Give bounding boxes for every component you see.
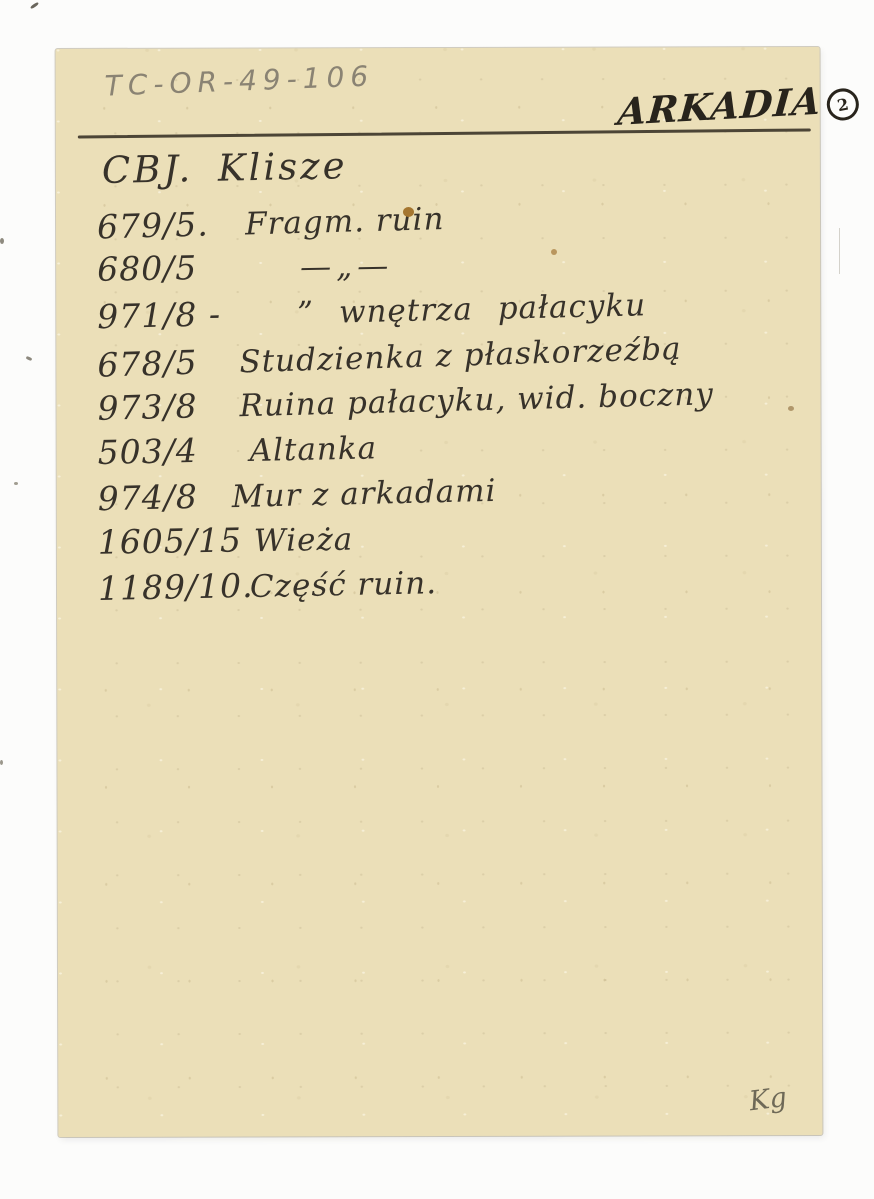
scanner-speck: [26, 356, 33, 361]
card-heading: CBJ. Klisze: [101, 144, 347, 192]
scanner-speck: [30, 2, 39, 10]
paper-stain: [403, 207, 414, 217]
negative-description: Ruina pałacyku, wid. boczny: [239, 376, 714, 424]
scanner-speck: [14, 482, 18, 485]
scanned-page: TC-OR-49-106 ARKADIA 2 CBJ. Klisze 679/5…: [0, 0, 874, 1199]
header-rule: [78, 128, 811, 138]
ditto-mark: —„—: [300, 247, 394, 285]
photo-list: 679/5. Fragm. ruin 680/5 —„— 971/8 - ” w…: [97, 197, 798, 608]
circled-number: 2: [824, 86, 862, 124]
negative-number: 503/4: [97, 430, 246, 472]
negative-description: Część ruin.: [250, 565, 438, 605]
negative-description: Wieża: [254, 521, 354, 559]
negative-number: 1189/10.: [98, 566, 247, 608]
negative-description: Fragm. ruin: [245, 201, 445, 242]
negative-number: 679/5.: [97, 203, 246, 246]
negative-description: ” wnętrza pałacyku: [297, 287, 647, 331]
scanner-artifact-line: [839, 228, 840, 274]
paper-stain: [551, 249, 557, 255]
cataloguer-initials: Kg: [748, 1082, 789, 1117]
scanner-speck: [0, 760, 3, 765]
negative-number: 973/8: [97, 385, 246, 428]
archive-code: TC-OR-49-106: [104, 59, 375, 102]
paper-stain: [788, 406, 794, 411]
card-title-group: ARKADIA 2: [617, 77, 860, 134]
scanner-speck: [0, 238, 4, 244]
negative-description: Mur z arkadami: [231, 473, 497, 515]
index-card: TC-OR-49-106 ARKADIA 2 CBJ. Klisze 679/5…: [56, 47, 823, 1137]
card-title: ARKADIA: [616, 78, 823, 133]
negative-number: 1605/15: [98, 520, 247, 561]
negative-description: Altanka: [249, 430, 377, 469]
negative-number: 680/5: [97, 247, 246, 288]
negative-number: 971/8 -: [97, 294, 246, 336]
negative-number: 974/8: [97, 476, 246, 518]
negative-number: 678/5: [97, 341, 246, 385]
